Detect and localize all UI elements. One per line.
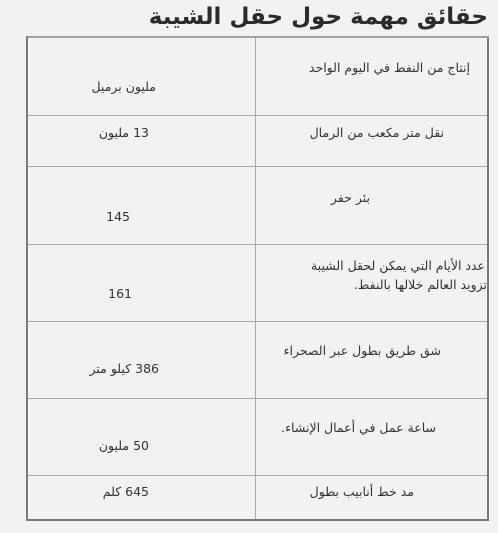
fact-value-cell: 50 مليون: [27, 398, 256, 475]
fact-label-line1: عدد الأيام التي يمكن لحقل الشيبة: [311, 257, 485, 275]
page-title: حقائق مهمة حول حقل الشيبة: [149, 2, 488, 32]
table-row: بئر حفر 145: [27, 166, 488, 244]
fact-value: 386 كيلو متر: [90, 360, 160, 378]
fact-label-cell: إنتاج من النفط في اليوم الواحد: [256, 37, 489, 115]
table-row: مد خط أنابيب بطول 645 كلم: [27, 475, 488, 520]
fact-value-cell: 13 مليون: [27, 115, 256, 166]
facts-table: إنتاج من النفط في اليوم الواحد مليون برم…: [26, 36, 489, 521]
fact-label-cell: ساعة عمل في أعمال الإنشاء.: [256, 398, 489, 475]
fact-label-cell: نقل متر مكعب من الرمال: [256, 115, 489, 166]
table-row: ساعة عمل في أعمال الإنشاء. 50 مليون: [27, 398, 488, 475]
fact-label: نقل متر مكعب من الرمال: [310, 124, 444, 142]
fact-label: إنتاج من النفط في اليوم الواحد: [309, 59, 470, 77]
fact-value: 645 كلم: [103, 483, 149, 501]
fact-value: مليون برميل: [91, 78, 156, 96]
fact-value: 161: [108, 285, 132, 303]
fact-value-cell: 645 كلم: [27, 475, 256, 520]
table-row: عدد الأيام التي يمكن لحقل الشيبة تزويد ا…: [27, 244, 488, 321]
fact-label-cell: مد خط أنابيب بطول: [256, 475, 489, 520]
fact-label-cell: عدد الأيام التي يمكن لحقل الشيبة تزويد ا…: [256, 244, 489, 321]
fact-value-cell: 161: [27, 244, 256, 321]
fact-value: 50 مليون: [99, 437, 149, 455]
fact-label-cell: بئر حفر: [256, 166, 489, 244]
table-row: نقل متر مكعب من الرمال 13 مليون: [27, 115, 488, 166]
fact-value-cell: 145: [27, 166, 256, 244]
fact-label: مد خط أنابيب بطول: [310, 483, 414, 501]
fact-label-line2: تزويد العالم خلالها بالنفط.: [354, 276, 487, 294]
table-row: شق طريق بطول عبر الصحراء 386 كيلو متر: [27, 321, 488, 398]
fact-label: بئر حفر: [331, 189, 370, 207]
table-row: إنتاج من النفط في اليوم الواحد مليون برم…: [27, 37, 488, 115]
fact-value: 13 مليون: [99, 124, 149, 142]
fact-label: شق طريق بطول عبر الصحراء: [284, 342, 441, 360]
fact-value: 145: [106, 208, 130, 226]
fact-label-cell: شق طريق بطول عبر الصحراء: [256, 321, 489, 398]
fact-value-cell: مليون برميل: [27, 37, 256, 115]
fact-value-cell: 386 كيلو متر: [27, 321, 256, 398]
fact-label: ساعة عمل في أعمال الإنشاء.: [281, 419, 436, 437]
